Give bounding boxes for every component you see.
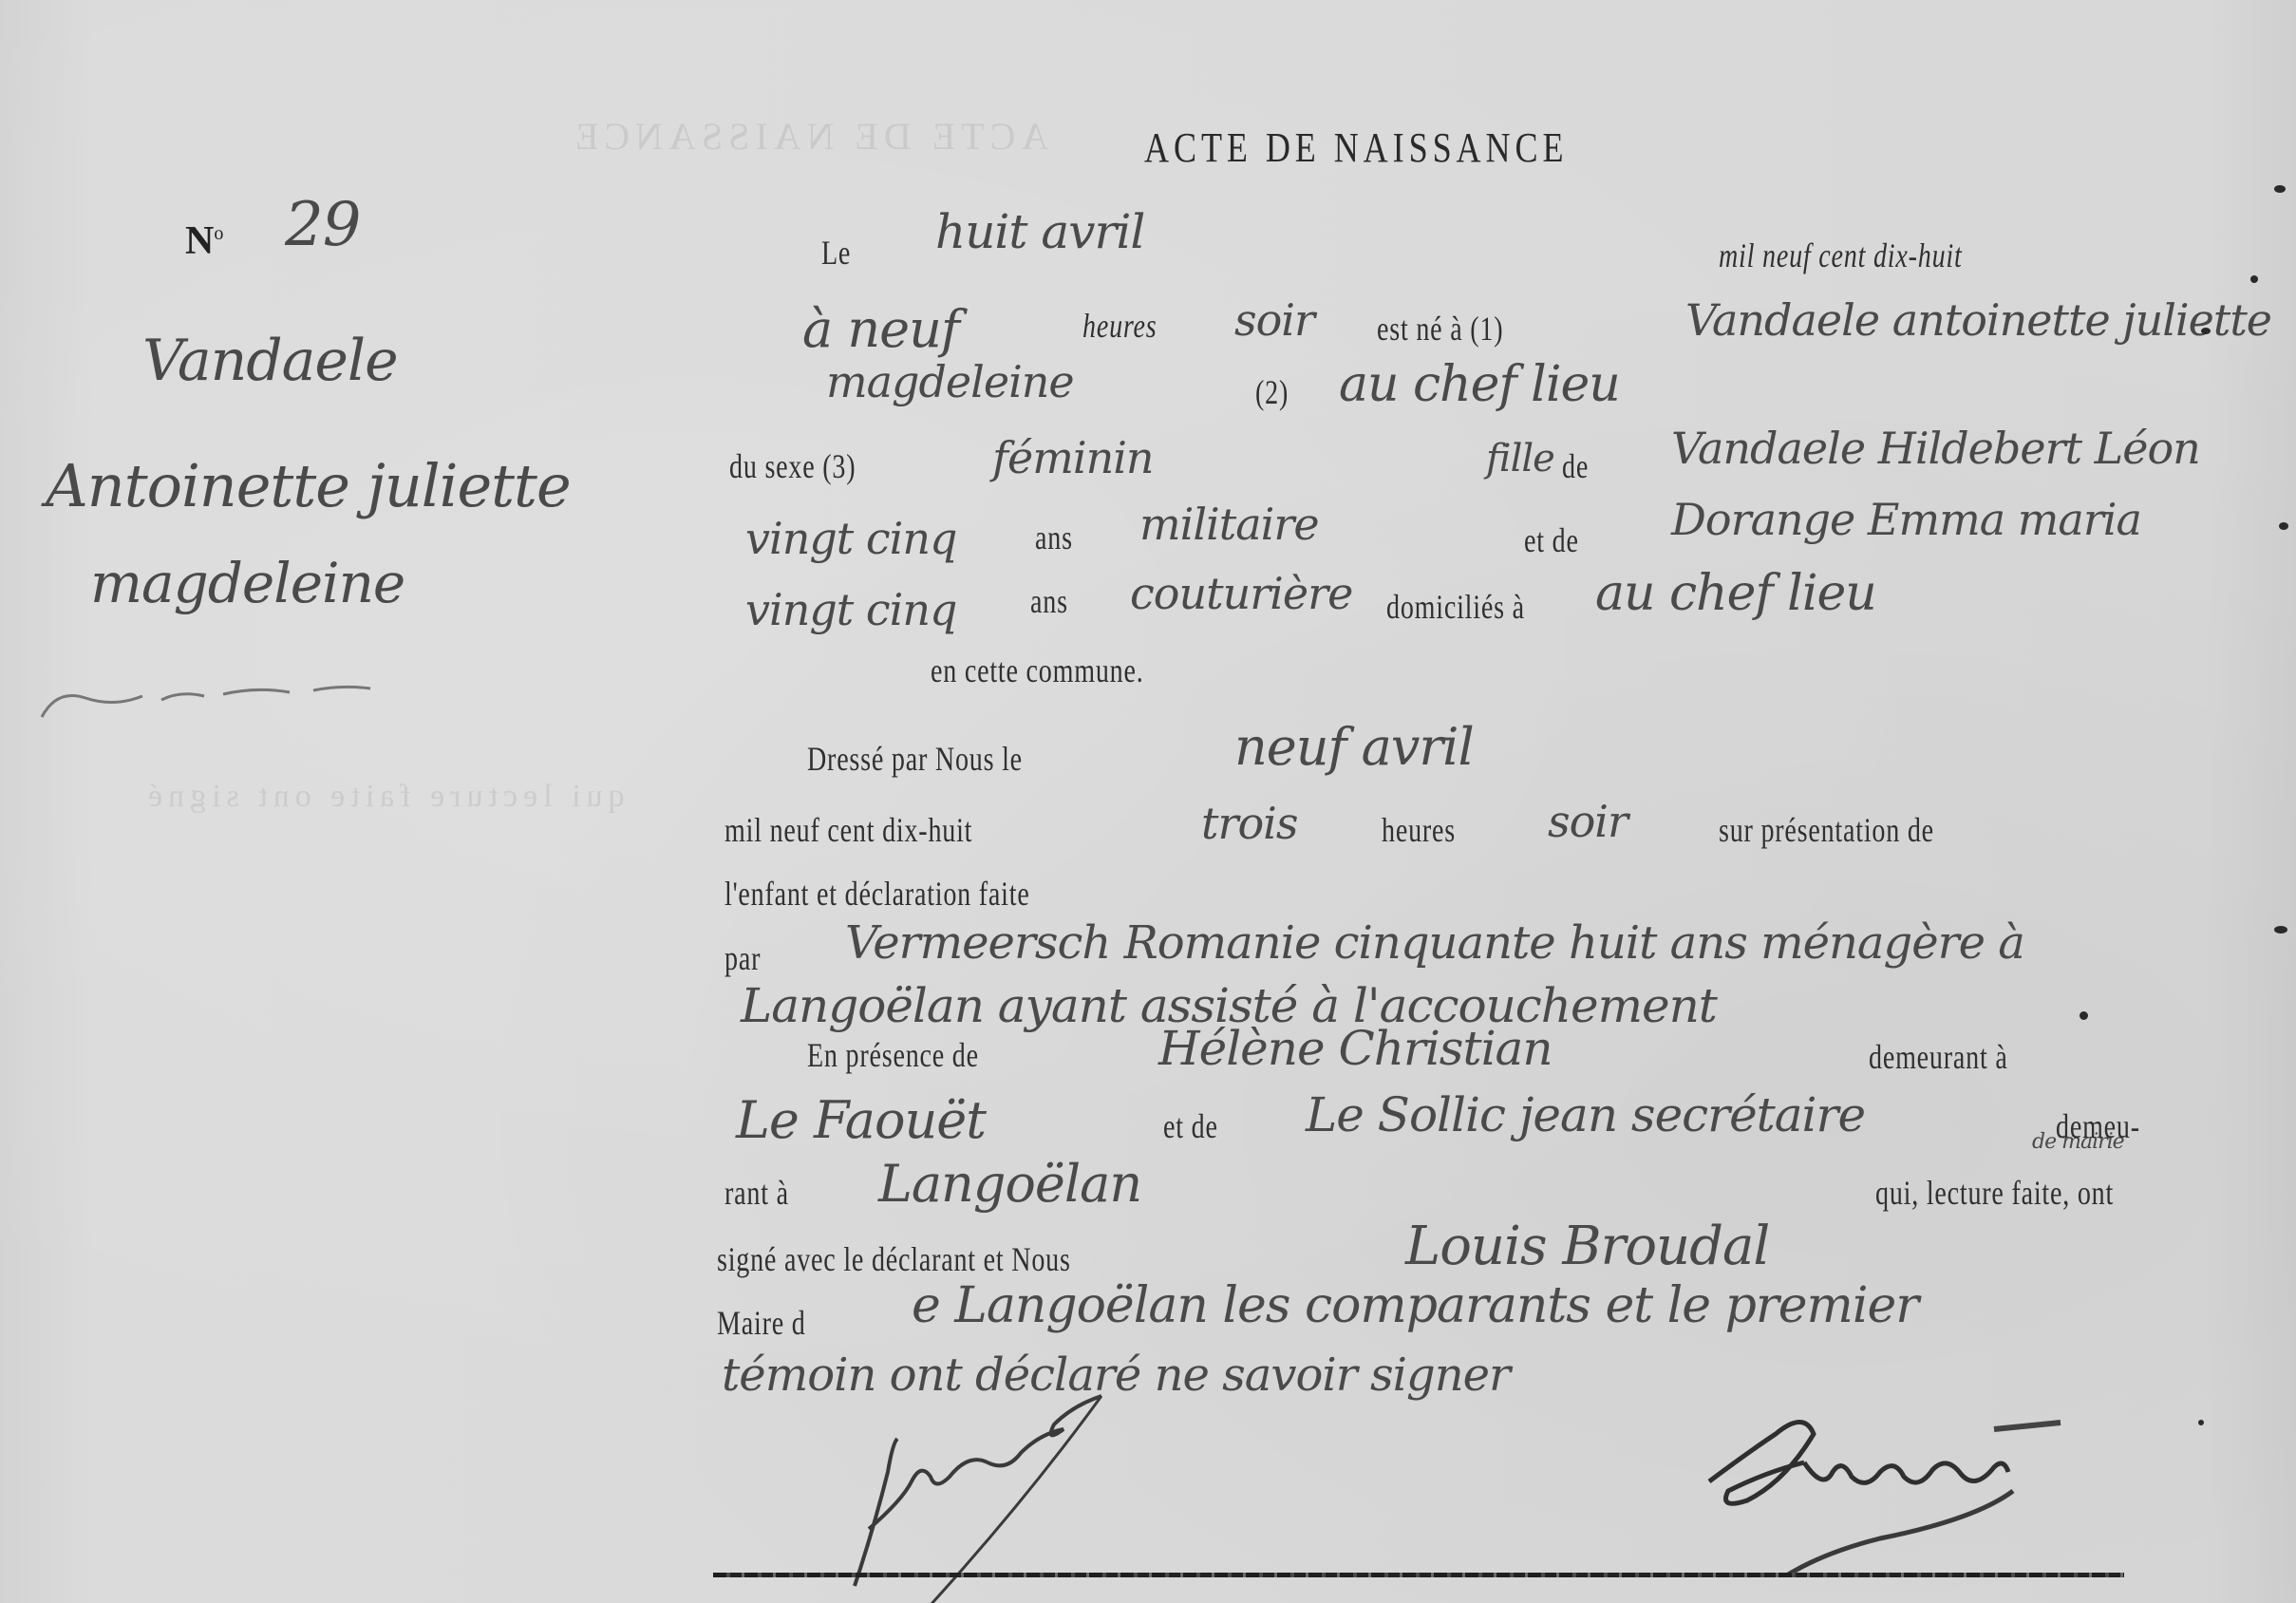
witness-signature: Le Sollic bbox=[817, 1386, 1253, 1603]
ink-speck bbox=[2279, 522, 2288, 530]
hand-witness1: Hélène Christian bbox=[1158, 1021, 1553, 1076]
printed-demeurant: demeurant à bbox=[1869, 1037, 2008, 1077]
hand-birth-hour: à neuf bbox=[802, 299, 959, 359]
hand-maire-cont: e Langoëlan les comparants et le premier bbox=[912, 1277, 1918, 1334]
hand-father-name: Vandaele Hildebert Léon bbox=[1671, 423, 2200, 474]
ink-speck bbox=[2274, 926, 2287, 934]
bleed-through-text: qui lecture faite ont signé bbox=[142, 779, 625, 815]
hand-declarant: Vermeersch Romanie cinquante huit ans mé… bbox=[845, 916, 2024, 970]
printed-lecture: qui, lecture faite, ont bbox=[1875, 1173, 2114, 1213]
hand-mother-job: couturière bbox=[1130, 568, 1352, 619]
margin-squiggle-line bbox=[38, 669, 380, 726]
hand-birth-place: au chef lieu bbox=[1339, 356, 1620, 413]
hand-mother-age: vingt cinq bbox=[745, 584, 956, 635]
ink-speck bbox=[2201, 328, 2211, 334]
printed-dresse: Dressé par Nous le bbox=[807, 739, 1023, 779]
ink-speck bbox=[2198, 1420, 2204, 1425]
printed-demeu: demeu- bbox=[2056, 1106, 2140, 1146]
hand-mayor-name: Louis Broudal bbox=[1405, 1216, 1769, 1277]
margin-surname: Vandaele bbox=[142, 328, 398, 394]
hand-fille: fille bbox=[1486, 437, 1554, 481]
hand-act-date: neuf avril bbox=[1234, 717, 1474, 777]
ink-dot bbox=[2080, 1011, 2088, 1020]
mayor-signature: Broudal bbox=[1690, 1405, 2108, 1576]
hand-mother-name: Dorange Emma maria bbox=[1671, 494, 2141, 545]
printed-signe: signé avec le déclarant et Nous bbox=[717, 1239, 1071, 1279]
printed-ans-2: ans bbox=[1030, 581, 1068, 621]
hand-soir-2: soir bbox=[1548, 796, 1628, 847]
ink-speck bbox=[2274, 185, 2286, 193]
printed-par: par bbox=[725, 938, 761, 978]
printed-year-2: mil neuf cent dix-huit bbox=[725, 810, 972, 850]
document-title: ACTE DE NAISSANCE bbox=[1144, 123, 1568, 172]
hand-soir-1: soir bbox=[1234, 294, 1314, 346]
printed-maire: Maire d bbox=[717, 1303, 806, 1343]
hand-child-name: Vandaele antoinette juliette bbox=[1685, 294, 2271, 346]
printed-commune: en cette commune. bbox=[931, 651, 1144, 690]
printed-le: Le bbox=[821, 233, 851, 273]
printed-et-de-2: et de bbox=[1163, 1106, 1218, 1146]
printed-rant: rant à bbox=[725, 1173, 789, 1213]
hand-father-age: vingt cinq bbox=[745, 513, 956, 564]
printed-presence: En présence de bbox=[807, 1035, 979, 1075]
printed-heures-1: heures bbox=[1082, 306, 1157, 346]
printed-sexe: du sexe (3) bbox=[729, 446, 856, 486]
printed-domicilies: domiciliés à bbox=[1386, 587, 1525, 627]
hand-witness1-place: Le Faouët bbox=[736, 1090, 986, 1150]
bottom-rule bbox=[713, 1573, 2124, 1577]
ink-speck bbox=[2250, 275, 2258, 283]
hand-father-job: militaire bbox=[1139, 499, 1319, 550]
act-number-label: No bbox=[185, 218, 223, 264]
printed-2: (2) bbox=[1255, 372, 1289, 412]
hand-child-name-cont: magdeleine bbox=[826, 356, 1074, 407]
margin-given-names-2: magdeleine bbox=[90, 551, 405, 615]
printed-heures-2: heures bbox=[1382, 810, 1456, 850]
hand-birth-date: huit avril bbox=[935, 204, 1144, 259]
printed-presentation: sur présentation de bbox=[1719, 810, 1934, 850]
margin-given-names-1: Antoinette juliette bbox=[46, 451, 571, 520]
printed-ans-1: ans bbox=[1035, 518, 1073, 557]
hand-act-hour: trois bbox=[1201, 798, 1298, 849]
act-number: 29 bbox=[285, 190, 360, 260]
printed-year-1: mil neuf cent dix-huit bbox=[1719, 236, 1963, 275]
hand-witness2-place: Langoëlan bbox=[878, 1154, 1141, 1214]
hand-sexe: féminin bbox=[992, 432, 1154, 483]
hand-domicile: au chef lieu bbox=[1595, 565, 1876, 622]
bleed-through-header: ACTE DE NAISSANCE bbox=[570, 114, 1048, 159]
printed-et-de-1: et de bbox=[1524, 520, 1579, 560]
hand-witness2: Le Sollic jean secrétaire bbox=[1306, 1087, 1865, 1142]
printed-est-ne: est né à (1) bbox=[1377, 309, 1503, 349]
printed-enfant: l'enfant et déclaration faite bbox=[725, 874, 1030, 914]
printed-de-1: de bbox=[1562, 446, 1589, 486]
